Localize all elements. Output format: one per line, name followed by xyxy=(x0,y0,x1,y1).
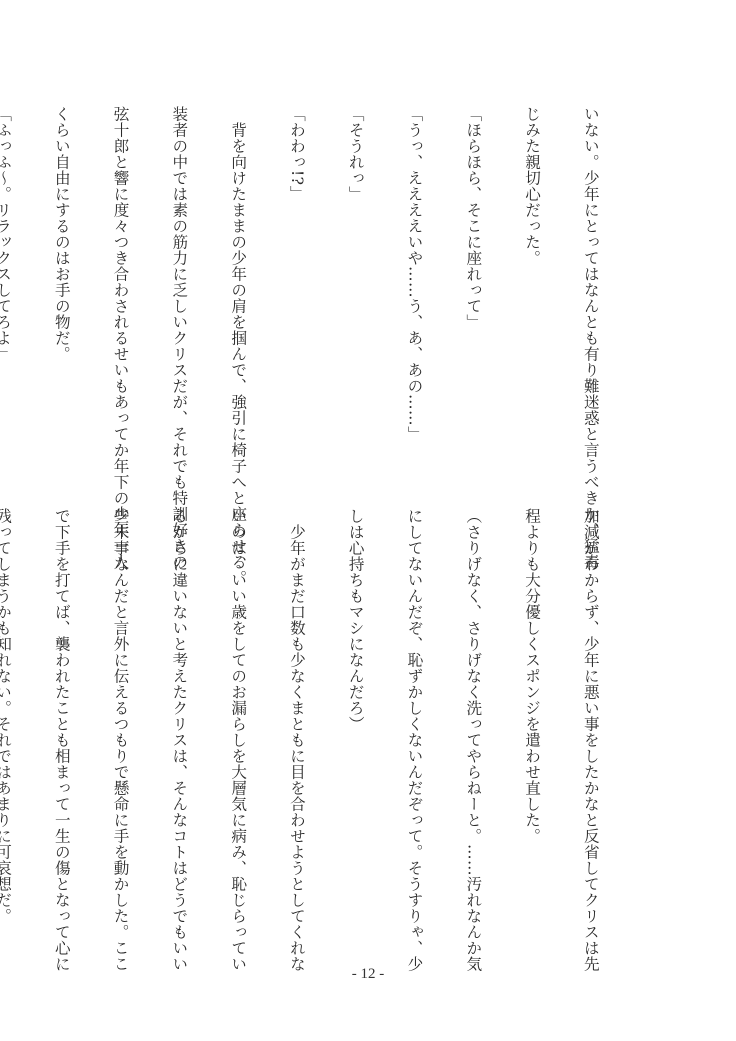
text-line: 些末事なんだと言外に伝えるつもりで懸命に手を動かした。ここ xyxy=(110,508,130,888)
text-line: で下手を打てば、襲われたことも相まって一生の傷となって心に xyxy=(51,508,71,888)
text-line: 装者の中では素の筋力に乏しいクリスだが、それでも特訓好きの xyxy=(169,106,189,486)
text-line: 少年がまだ口数も少なくまともに目を合わせようとしてくれな xyxy=(286,508,306,888)
text-line: くらい自由にするのはお手の物だ。 xyxy=(51,106,71,486)
text-line: 「ほらほら、そこに座れって」 xyxy=(463,106,483,486)
text-line: しは心持ちもマシになんだろ） xyxy=(345,508,365,888)
text-line: いない。少年にとってはなんとも有り難迷惑と言うべきか、猛毒 xyxy=(580,106,600,486)
text-line: るからに違いないと考えたクリスは、そんなコトはどうでもいい xyxy=(169,508,189,888)
text-line: 程よりも大分優しくスポンジを遣わせ直した。 xyxy=(521,508,541,888)
text-line: 残ってしまうかも知れない。それではあまりに可哀想だ。 xyxy=(0,508,12,888)
text-line: 「ふっふ～。リラックスしてろよ」 xyxy=(0,106,12,486)
text-line: 加減がわからず、少年に悪い事をしたかなと反省してクリスは先 xyxy=(580,508,600,888)
text-line: 弦十郎と響に度々つき合わされるせいもあってか年下の少年一人 xyxy=(110,106,130,486)
text-line: いのは、いい歳をしてのお漏らしを大層気に病み、恥じらってい xyxy=(228,508,248,888)
upper-text-block: いない。少年にとってはなんとも有り難迷惑と言うべきか、猛毒 じみた親切心だった。… xyxy=(0,106,639,486)
text-line: （さりげなく、さりげなく洗ってやらねーと。……汚れなんか気 xyxy=(463,508,483,888)
text-line: にしてないんだぞ、恥ずかしくないんだぞって。そうすりゃ、少 xyxy=(404,508,424,888)
text-line: じみた親切心だった。 xyxy=(521,106,541,486)
text-line: 「わわっ!?」 xyxy=(286,106,306,486)
page-number: - 12 - xyxy=(0,966,736,983)
text-line: 「うっ、ええええいや……う、あ、あの……」 xyxy=(404,106,424,486)
text-line: 背を向けたままの少年の肩を掴んで、強引に椅子へと座らせる。 xyxy=(228,106,248,486)
text-line: 「そうれっ」 xyxy=(345,106,365,486)
lower-text-block: 加減がわからず、少年に悪い事をしたかなと反省してクリスは先 程よりも大分優しくス… xyxy=(0,508,639,888)
